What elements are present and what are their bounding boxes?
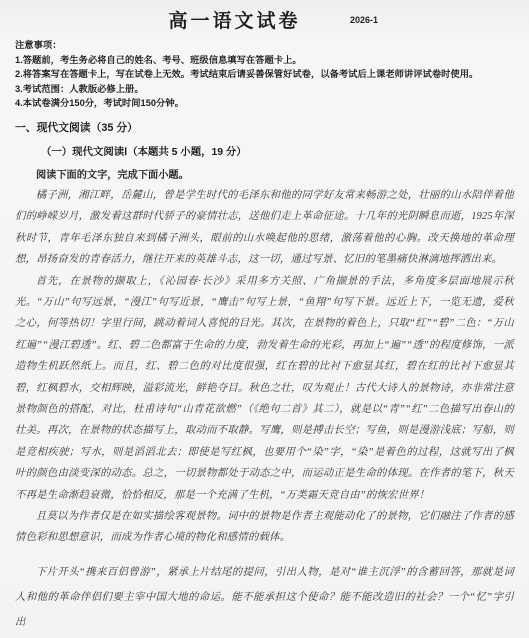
page-title: 高一语文试卷: [168, 6, 300, 33]
subsection-heading-reading-one: （一）现代文阅读Ⅰ（本题共 5 小题，19 分）: [15, 143, 514, 158]
paper-header: 高一语文试卷 2026-1: [15, 6, 514, 36]
notice-heading: 注意事项：: [15, 38, 514, 53]
passage-paragraph: 且莫以为作者仅是在如实描绘客观景物。词中的景物是作者主观能动化了的景物，它们融注…: [15, 506, 514, 549]
exam-code: 2026-1: [350, 15, 378, 25]
notice-item: 2.将答案写在答题卡上，写在试卷上无效。考试结束后请妥善保管好试卷，以备考试后上…: [15, 67, 514, 82]
exam-paper-page: 高一语文试卷 2026-1 注意事项： 1.答题前，考生务必将自己的姓名、考号、…: [0, 0, 529, 638]
notice-section: 注意事项： 1.答题前，考生务必将自己的姓名、考号、班级信息填写在答题卡上。 2…: [15, 38, 514, 111]
reading-instruction: 阅读下面的文字，完成下面小题。: [15, 166, 514, 181]
section-heading-modern-reading: 一、现代文阅读（35 分）: [15, 120, 514, 135]
passage-paragraph: 下片开头“携来百侣曾游”，紧承上片结尾的提问，引出人物，是对“谁主沉浮”的含蓄回…: [15, 560, 514, 635]
notice-item: 3.考试范围：人教版必修上册。: [15, 82, 514, 97]
passage-paragraph: 橘子洲，湘江畔，岳麓山，曾是学生时代的毛泽东和他的同学好友常来畅游之处，壮丽的山…: [15, 185, 514, 271]
reading-passage: 橘子洲，湘江畔，岳麓山，曾是学生时代的毛泽东和他的同学好友常来畅游之处，壮丽的山…: [15, 185, 514, 635]
notice-item: 1.答题前，考生务必将自己的姓名、考号、班级信息填写在答题卡上。: [15, 53, 514, 68]
notice-item: 4.本试卷满分150分，考试时间150分钟。: [15, 96, 514, 111]
passage-paragraph: 首先，在景物的撷取上，《沁园春·长沙》采用多方关照、广角撷景的手法，多角度多层面…: [15, 271, 514, 506]
